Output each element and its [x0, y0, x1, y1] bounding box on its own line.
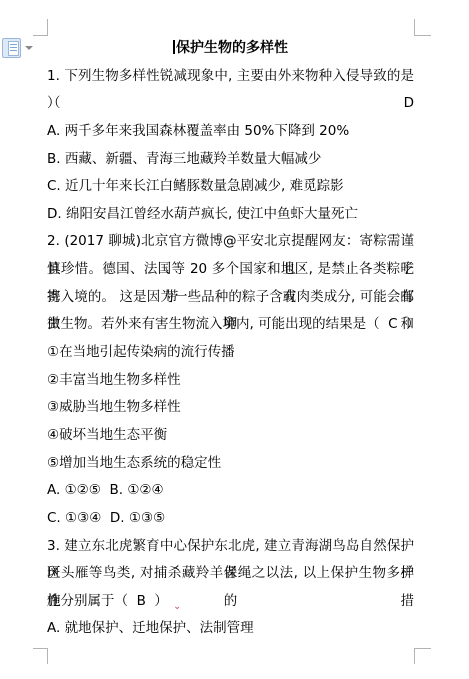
document-page: { "icons": { "dropdown_glyph": "▾", "pro…	[0, 0, 469, 679]
question-3-line-1: 3. 建立东北虎繁育中心保护东北虎, 建立青海湖鸟岛自然保护区保护	[47, 533, 414, 561]
margin-corner-bottom-right	[414, 648, 431, 664]
question-2-item-4: ④破坏当地生态平衡	[47, 422, 414, 450]
paste-clipboard-icon[interactable]	[2, 38, 21, 58]
text-cursor	[173, 40, 175, 54]
question-1-option-b: B. 西藏、新疆、青海三地藏羚羊数量大幅减少	[47, 146, 414, 174]
document-title-text: 保护生物的多样性	[176, 40, 288, 56]
question-2-options-ab: A. ①②⑤ B. ①②④	[47, 477, 414, 505]
paste-page-lines	[10, 44, 17, 52]
margin-corner-bottom-left	[33, 648, 48, 664]
question-2-line-1: 2. (2017 聊城)北京官方微博@平安北京提醒网友：寄粽需谨慎、且吃	[47, 228, 414, 256]
document-title: 保护生物的多样性	[47, 35, 414, 63]
question-1-option-c: C. 近几十年来长江白鳍豚数量急剧减少, 难觅踪影	[47, 173, 414, 201]
document-content[interactable]: 保护生物的多样性 1. 下列生物多样性锐减现象中, 主要由外来物种入侵导致的是（…	[47, 35, 414, 643]
question-1-option-d: D. 绵阳安昌江曾经水葫芦疯长, 使江中鱼虾大量死亡	[47, 201, 414, 229]
question-2-item-5: ⑤增加当地生态系统的稳定性	[47, 450, 414, 478]
paste-options-button[interactable]	[2, 38, 34, 58]
question-2-line-2: 且珍惜。德国、法国等 20 多个国家和地区, 是禁止各类粽子携带或邮	[47, 256, 414, 284]
question-1-line-1: 1. 下列生物多样性锐减现象中, 主要由外来物种入侵导致的是（ D	[47, 63, 414, 91]
question-2-line-3: 寄入境的。 这是因为一些品种的粽子含有肉类成分, 可能会有虫卵和	[47, 284, 414, 312]
question-1-option-a: A. 两千多年来我国森林覆盖率由 50%下降到 20%	[47, 118, 414, 146]
question-2-line-4: 微生物。若外来有害生物流入境内, 可能出现的结果是（ C ）	[47, 311, 414, 339]
question-2-options-cd: C. ①③④ D. ①③⑤	[47, 505, 414, 533]
question-2-item-1: ①在当地引起传染病的流行传播	[47, 339, 414, 367]
question-2-item-3: ③威胁当地生物多样性	[47, 394, 414, 422]
question-3-line-2: 斑头雁等鸟类, 对捕杀藏羚羊者绳之以法, 以上保护生物多样性的措	[47, 560, 414, 588]
margin-corner-top-left	[33, 19, 48, 36]
chevron-down-icon[interactable]	[25, 46, 33, 50]
question-3-option-a: A. 就地保护、迁地保护、法制管理	[47, 615, 414, 643]
question-3-line-3-text: 施分别属于（ B ）	[47, 593, 168, 609]
margin-corner-top-right	[414, 19, 431, 36]
question-2-item-2: ②丰富当地生物多样性	[47, 367, 414, 395]
